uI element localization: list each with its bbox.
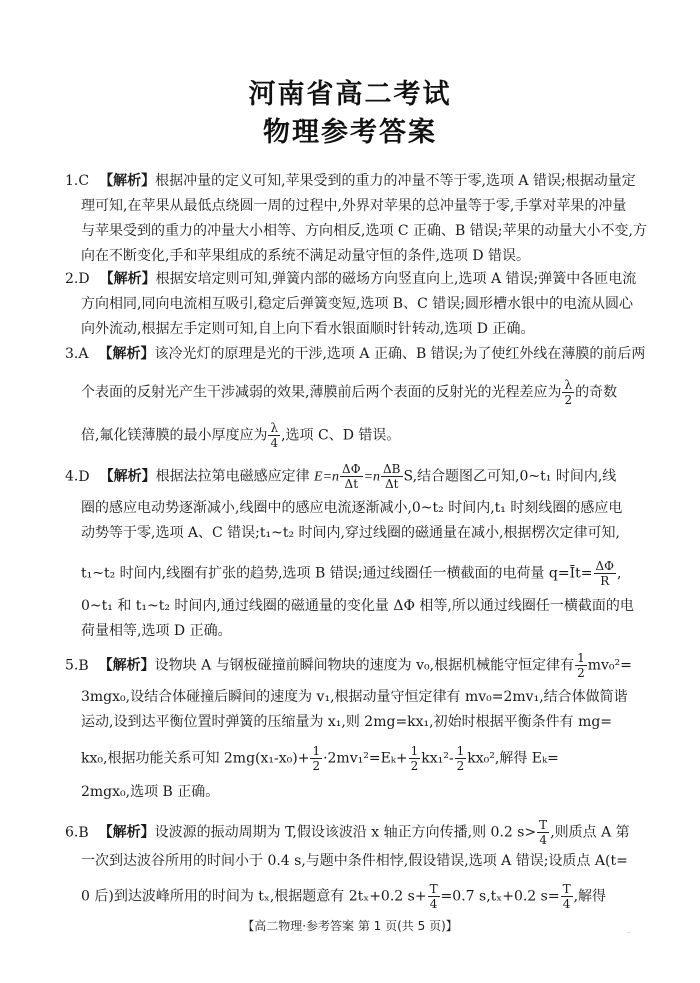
- q4-line-4: t₁~t₂ 时间内,线圈有扩张的趋势,选项 B 错误;通过线圈任一横截面的电荷量…: [81, 559, 681, 588]
- q1-number: 1.: [65, 173, 78, 189]
- fraction: λ2: [562, 378, 574, 407]
- q4-answer: D: [78, 469, 89, 485]
- fraction: 12: [575, 651, 587, 680]
- q5-line-1: 5.B【解析】设物块 A 与钢板碰撞前瞬间物块的速度为 v₀,根据机械能守恒定律…: [65, 651, 665, 680]
- q4-line-3: 动势等于零,选项 A、C 错误;t₁~t₂ 时间内,穿过线圈的磁通量在减小,根据…: [81, 524, 681, 542]
- q5-number: 5.: [65, 658, 78, 674]
- analysis-tag: 【解析】: [100, 469, 156, 485]
- q3-line-3: 倍,氟化镁薄膜的最小厚度应为λ4,选项 C、D 错误。: [81, 421, 681, 450]
- fraction: 12: [310, 744, 322, 773]
- q5-line-5: 2mgx₀,选项 B 正确。: [81, 783, 681, 801]
- q2-line-3: 向外流动,根据左手定则可知,自上向下看水银面顺时针转动,选项 D 正确。: [81, 320, 681, 338]
- q4-number: 4.: [65, 469, 78, 485]
- q1-line-3: 与苹果受到的重力的冲量大小相等、方向相反,选项 C 正确、B 错误;苹果的动量大…: [81, 222, 681, 240]
- q2-number: 2.: [65, 271, 78, 287]
- corner-mark: ··: [627, 930, 631, 937]
- fraction: ΔΦΔt: [340, 462, 363, 491]
- q1-line-1: 1.C【解析】根据冲量的定义可知,苹果受到的重力的冲量不等于零,选项 A 错误;…: [65, 172, 665, 190]
- page-footer: 【高二物理·参考答案 第 1 页(共 5 页)】: [0, 917, 700, 934]
- analysis-tag: 【解析】: [99, 658, 155, 674]
- fraction: T4: [428, 882, 440, 911]
- q6-line-1: 6.B【解析】设波源的振动周期为 T,假设该波沿 x 轴正方向传播,则 0.2 …: [65, 818, 665, 847]
- q2-line-2: 方向相同,同向电流相互吸引,稳定后弹簧变短,选项 B、C 错误;圆形槽水银中的电…: [81, 295, 681, 313]
- analysis-tag: 【解析】: [98, 346, 154, 362]
- q6-number: 6.: [65, 825, 78, 841]
- q3-answer: A: [78, 346, 88, 362]
- fraction: T4: [561, 882, 573, 911]
- q1-answer: C: [78, 173, 89, 189]
- q5-answer: B: [78, 658, 88, 674]
- q4-line-5: 0~t₁ 和 t₁~t₂ 时间内,通过线圈的磁通量的变化量 ΔΦ 相等,所以通过…: [81, 597, 681, 615]
- q5-line-3: 运动,设到达平衡位置时弹簧的压缩量为 x₁,则 2mg=kx₁,初始时根据平衡条…: [81, 713, 681, 731]
- fraction: λ4: [268, 421, 280, 450]
- q4-line-1: 4.D【解析】根据法拉第电磁感应定律 E=nΔΦΔt=nΔBΔtS,结合题图乙可…: [65, 462, 665, 491]
- q1-line-4: 向在不断变化,手和苹果组成的系统不满足动量守恒的条件,选项 D 错误。: [81, 247, 681, 265]
- q5-line-4: kx₀,根据功能关系可知 2mg(x₁-x₀)+12·2mv₁²=Eₖ+12kx…: [81, 744, 681, 773]
- fraction: T4: [537, 818, 549, 847]
- q6-line-3: 0 后)到达波峰所用的时间为 tₓ,根据题意有 2tₓ+0.2 s+T4=0.7…: [81, 882, 681, 911]
- fraction: 12: [455, 744, 467, 773]
- q2-answer: D: [78, 271, 89, 287]
- fraction: ΔBΔt: [381, 462, 402, 491]
- analysis-tag: 【解析】: [100, 271, 156, 287]
- q6-line-2: 一次到达波谷所用的时间小于 0.4 s,与题中条件相悖,假设错误,选项 A 错误…: [81, 852, 681, 870]
- fraction: ΔΦR: [594, 559, 617, 588]
- q2-line-1: 2.D【解析】根据安培定则可知,弹簧内部的磁场方向竖直向上,选项 A 错误;弹簧…: [65, 270, 665, 288]
- analysis-tag: 【解析】: [99, 173, 155, 189]
- q4-line-6: 荷量相等,选项 D 正确。: [81, 622, 681, 640]
- q3-line-1: 3.A【解析】该冷光灯的原理是光的干涉,选项 A 正确、B 错误;为了使红外线在…: [65, 345, 665, 363]
- q3-line-2: 个表面的反射光产生干涉减弱的效果,薄膜前后两个表面的反射光的光程差应为λ2的奇数: [81, 378, 681, 407]
- q1-line-2: 理可知,在苹果从最低点绕圆一周的过程中,外界对苹果的总冲量等于零,手掌对苹果的冲…: [81, 197, 681, 215]
- analysis-tag: 【解析】: [99, 825, 155, 841]
- fraction: 12: [409, 744, 421, 773]
- document-subtitle: 物理参考答案: [0, 110, 700, 149]
- q4-line-2: 圈的感应电动势逐渐减小,线圈中的感应电流逐渐减小,0~t₂ 时间内,t₁ 时刻线…: [81, 499, 681, 517]
- q5-line-2: 3mgx₀,设结合体碰撞后瞬间的速度为 v₁,根据动量守恒定律有 mv₀=2mv…: [81, 688, 681, 706]
- document-title: 河南省高二考试: [0, 72, 700, 111]
- q6-answer: B: [78, 825, 88, 841]
- q3-number: 3.: [65, 346, 78, 362]
